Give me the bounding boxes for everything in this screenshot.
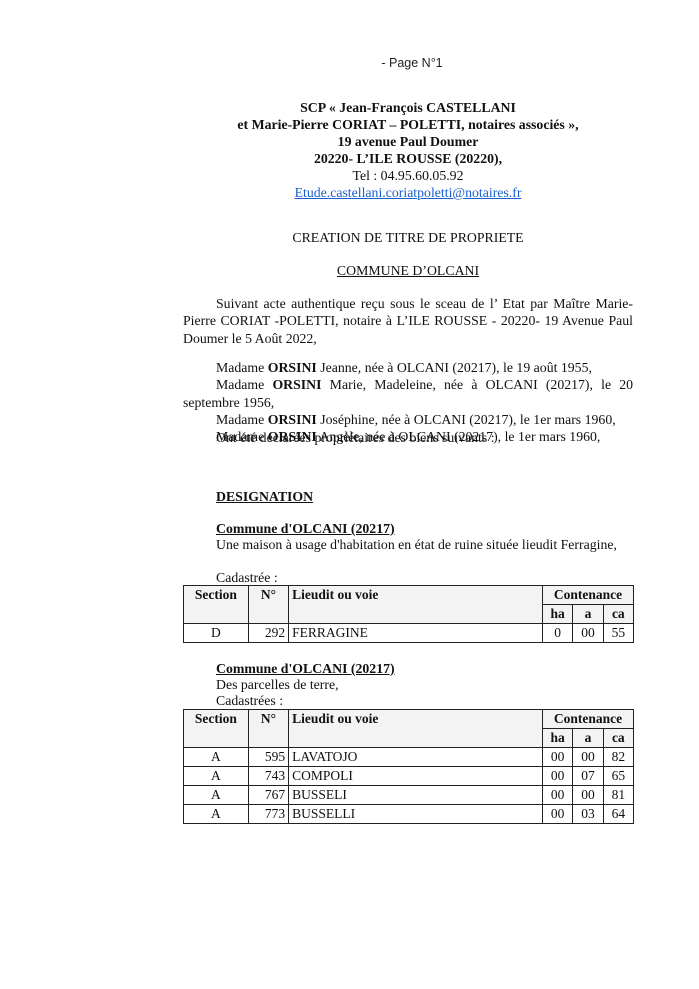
col-lieudit: Lieudit ou voie (289, 710, 543, 748)
commune-title: COMMUNE D’OLCANI (183, 263, 633, 279)
designation-heading: DESIGNATION (216, 489, 313, 505)
lot-1-description: Commune d'OLCANI (20217) Une maison à us… (216, 521, 617, 553)
person-item: Madame ORSINI Joséphine, née à OLCANI (2… (183, 411, 633, 428)
person-item: Madame ORSINI Marie, Madeleine, née à OL… (183, 376, 633, 411)
notary-city: 20220- L’ILE ROUSSE (20220), (183, 150, 633, 167)
lot-1-text: Une maison à usage d'habitation en état … (216, 537, 617, 553)
page-number: - Page N°1 (0, 56, 699, 70)
col-contenance: Contenance (542, 586, 633, 605)
col-lieudit: Lieudit ou voie (289, 586, 543, 624)
col-contenance: Contenance (542, 710, 633, 729)
document-title: CREATION DE TITRE DE PROPRIETE (183, 230, 633, 246)
col-a: a (573, 729, 603, 748)
cadastre-table-2: Section N° Lieudit ou voie Contenance ha… (183, 709, 634, 824)
lot-1-cadastre-label: Cadastrée : (216, 570, 278, 586)
col-ca: ca (603, 605, 633, 624)
table-row: A767BUSSELI000081 (184, 786, 634, 805)
notary-email-link[interactable]: Etude.castellani.coriatpoletti@notaires.… (183, 184, 633, 201)
col-section: Section (184, 586, 249, 624)
col-ca: ca (603, 729, 633, 748)
notary-header: SCP « Jean-François CASTELLANI et Marie-… (183, 99, 633, 201)
lot-2-cadastre-label: Cadastrées : (216, 693, 395, 709)
col-ha: ha (542, 605, 572, 624)
col-number: N° (248, 586, 288, 624)
col-section: Section (184, 710, 249, 748)
notary-address: 19 avenue Paul Doumer (183, 133, 633, 150)
declared-paragraph: Ont été déclarées propriétaires des bien… (183, 429, 633, 446)
lot-2-description: Commune d'OLCANI (20217) Des parcelles d… (216, 661, 395, 709)
col-number: N° (248, 710, 288, 748)
table-row: D292FERRAGINE00055 (184, 624, 634, 643)
col-ha: ha (542, 729, 572, 748)
cadastre-table-1: Section N° Lieudit ou voie Contenance ha… (183, 585, 634, 643)
intro-text: Suivant acte authentique reçu sous le sc… (183, 296, 633, 346)
table-row: A773BUSSELLI000364 (184, 805, 634, 824)
table-row: A595LAVATOJO000082 (184, 748, 634, 767)
notary-name-line1: SCP « Jean-François CASTELLANI (183, 99, 633, 116)
person-item: Madame ORSINI Jeanne, née à OLCANI (2021… (183, 359, 633, 376)
table-row: A743COMPOLI000765 (184, 767, 634, 786)
col-a: a (573, 605, 603, 624)
notary-phone: Tel : 04.95.60.05.92 (183, 167, 633, 184)
lot-2-text: Des parcelles de terre, (216, 677, 395, 693)
lot-1-commune: Commune d'OLCANI (20217) (216, 521, 617, 537)
notary-name-line2: et Marie-Pierre CORIAT – POLETTI, notair… (183, 116, 633, 133)
lot-2-commune: Commune d'OLCANI (20217) (216, 661, 395, 677)
intro-paragraph: Suivant acte authentique reçu sous le sc… (183, 295, 633, 347)
